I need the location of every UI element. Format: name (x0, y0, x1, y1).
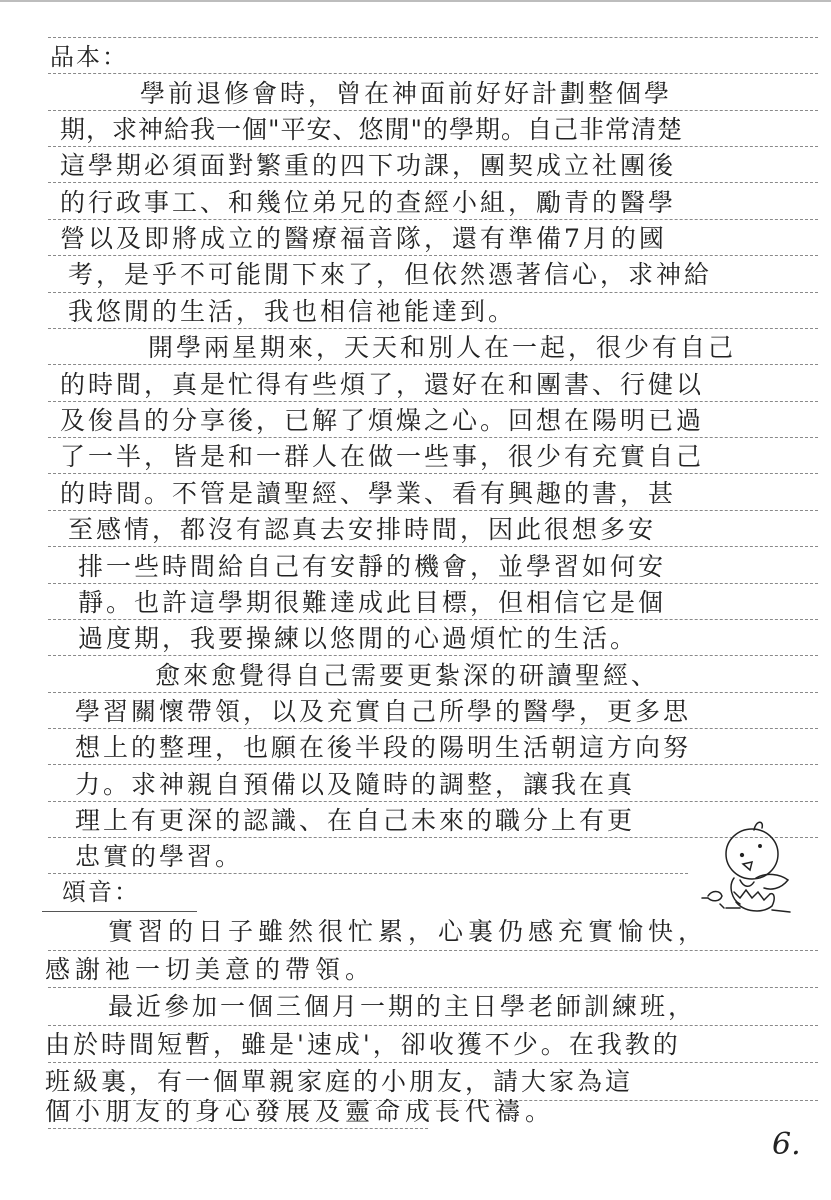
section-heading: 品本： (50, 42, 128, 72)
text-line: 我悠閒的生活，我也相信祂能達到。 (68, 295, 788, 329)
page-number: 6. (772, 1127, 801, 1162)
ruled-line (48, 987, 818, 988)
ruled-line (48, 292, 818, 293)
text-line: 過度期，我要操練以悠閒的心過煩忙的生活。 (78, 622, 798, 656)
ruled-line (48, 73, 818, 74)
text-line: 理上有更深的認識、在自己未來的職分上有更 (75, 804, 795, 838)
text-line: 及俊昌的分享後，已解了煩燥之心。回想在陽明已過 (60, 404, 780, 438)
text-line: 學習關懷帶領，以及充實自己所學的醫學，更多思 (75, 695, 795, 729)
text-line: 由於時間短暫，雖是'速成'，卻收獲不少。在我教的 (45, 1028, 765, 1062)
text-line: 排一些時間給自己有安靜的機會，並學習如何安 (78, 550, 798, 584)
text-line: 愈來愈覺得自己需要更紮深的研讀聖經、 (155, 659, 785, 693)
page-edge (0, 0, 831, 2)
text-line: 靜。也許這學期很難達成此目標，但相信它是個 (78, 586, 798, 620)
text-line: 忠實的學習。 (75, 840, 795, 874)
text-line: 班級裏，有一個單親家庭的小朋友，請大家為這 (45, 1065, 765, 1099)
text-line: 力。求神親自預備以及隨時的調整，讓我在真 (75, 768, 795, 802)
chick-illustration-icon (700, 808, 800, 916)
text-line: 學前退修會時，曾在神面前好好計劃整個學 (140, 77, 800, 111)
text-line: 考，是乎不可能閒下來了，但依然憑著信心，求神給 (68, 258, 788, 292)
heading-underline (42, 911, 197, 912)
ruled-line (48, 1025, 818, 1026)
text-line: 的行政事工、和幾位弟兄的查經小組，勵青的醫學 (60, 186, 780, 220)
text-line: 實習的日子雖然很忙累，心裏仍感充實愉快， (108, 915, 788, 949)
ruled-line (48, 950, 818, 951)
text-line: 開學兩星期來，天天和別人在一起，很少有自己 (148, 331, 788, 365)
text-line: 營以及即將成立的醫療福音隊，還有準備7月的國 (60, 222, 780, 256)
text-line: 的時間，真是忙得有些煩了，還好在和團書、行健以 (60, 368, 780, 402)
text-line: 期，求神給我一個"平安、悠閒"的學期。自己非常清楚 (60, 113, 780, 147)
section-heading: 頌音： (62, 877, 140, 907)
text-line: 想上的整理，也願在後半段的陽明生活朝這方向努 (75, 731, 795, 765)
text-line: 至感情，都沒有認真去安排時間，因此很想多安 (68, 513, 788, 547)
text-line: 了一半，皆是和一群人在做一些事，很少有充實自己 (60, 440, 780, 474)
ruled-line (48, 1062, 818, 1063)
text-line: 這學期必須面對繁重的四下功課，團契成立社團後 (60, 149, 780, 183)
text-line: 個小朋友的身心發展及靈命成長代禱。 (45, 1095, 765, 1129)
ruled-line (48, 37, 818, 38)
text-line: 最近參加一個三個月一期的主日學老師訓練班， (108, 990, 788, 1024)
text-line: 的時間。不管是讀聖經、學業、看有興趣的書，甚 (60, 477, 780, 511)
text-line: 感謝祂一切美意的帶領。 (45, 953, 765, 987)
